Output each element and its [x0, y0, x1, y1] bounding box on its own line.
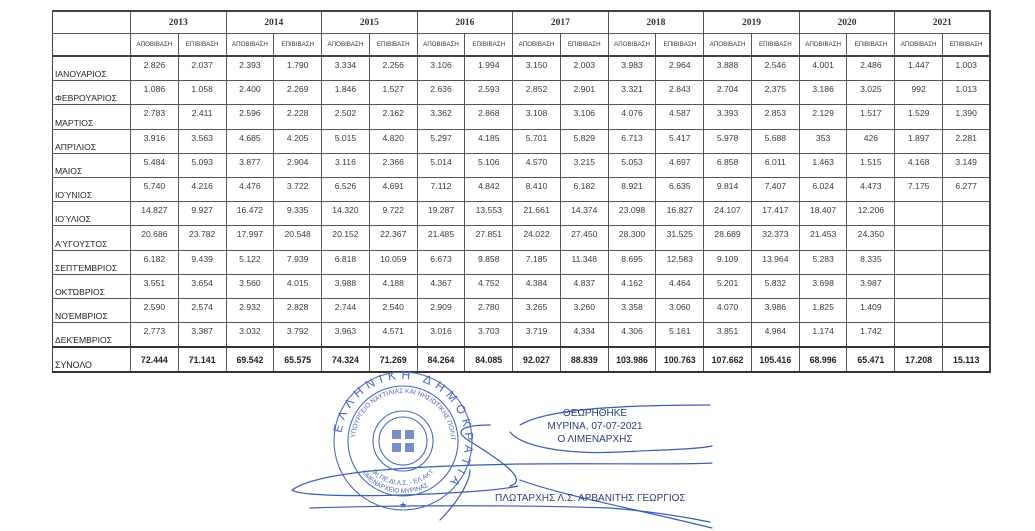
- value-cell: 4.367: [417, 274, 465, 298]
- value-cell: 2.375: [751, 81, 799, 105]
- value-cell: 1.994: [465, 56, 513, 81]
- total-cell: 84.264: [417, 347, 465, 372]
- value-cell: 4.076: [608, 105, 656, 129]
- total-cell: 15.113: [943, 347, 991, 372]
- value-cell: [943, 250, 991, 274]
- value-cell: 9.439: [178, 250, 226, 274]
- value-cell: 8.410: [513, 177, 561, 201]
- value-cell: 4.820: [369, 129, 417, 153]
- disembarkation-header: ΑΠΟΒΙΒΑΣΗ: [704, 34, 752, 57]
- value-cell: 6.277: [943, 177, 991, 201]
- value-cell: 27.851: [465, 226, 513, 250]
- total-row: ΣΥΝΟΛΟ72.44471.14169.54265.57574.32471.2…: [53, 347, 991, 372]
- value-cell: 20.686: [131, 226, 179, 250]
- embarkation-header: ΕΠΙΒΙΒΑΣΗ: [847, 34, 895, 57]
- value-cell: 4.205: [274, 129, 322, 153]
- value-cell: 24.350: [847, 226, 895, 250]
- value-cell: 353: [799, 129, 847, 153]
- value-cell: 5.283: [799, 250, 847, 274]
- value-cell: 5.201: [704, 274, 752, 298]
- value-cell: 23.782: [178, 226, 226, 250]
- value-cell: 3.025: [847, 81, 895, 105]
- value-cell: 1.058: [178, 81, 226, 105]
- value-cell: 4.473: [847, 177, 895, 201]
- month-row: ΙΑΝΟΥΑΡΙΟΣ2.8262.0372.3931.7903.3342.256…: [53, 56, 991, 81]
- value-cell: 20.152: [322, 226, 370, 250]
- value-cell: [943, 226, 991, 250]
- month-row: ΔΕΚΈΜΒΡΙΟΣ2.7733.3873.0323.7923.9634.571…: [53, 323, 991, 348]
- value-cell: 4.587: [656, 105, 704, 129]
- value-cell: 4.070: [704, 298, 752, 322]
- value-cell: 3.654: [178, 274, 226, 298]
- month-label: ΑΠΡΊΛΙΟΣ: [53, 129, 131, 153]
- value-cell: 4.752: [465, 274, 513, 298]
- value-cell: 3.265: [513, 298, 561, 322]
- value-cell: 3.722: [274, 177, 322, 201]
- month-row: ΙΟΎΝΙΟΣ5.7404.2164.4763.7226.5264.6917.1…: [53, 177, 991, 201]
- value-cell: 5.484: [131, 153, 179, 177]
- year-header: 2018: [608, 11, 704, 34]
- value-cell: 1.447: [895, 56, 943, 81]
- value-cell: 2.411: [178, 105, 226, 129]
- value-cell: 5.015: [322, 129, 370, 153]
- value-cell: 4.001: [799, 56, 847, 81]
- total-cell: 69.542: [226, 347, 274, 372]
- approval-role: Ο ΛΙΜΕΝΑΡΧΗΣ: [520, 433, 670, 446]
- value-cell: 9.722: [369, 202, 417, 226]
- total-label: ΣΥΝΟΛΟ: [53, 347, 131, 372]
- value-cell: 4.168: [895, 153, 943, 177]
- value-cell: 4.306: [608, 323, 656, 348]
- value-cell: 9.335: [274, 202, 322, 226]
- value-cell: 3.060: [656, 298, 704, 322]
- value-cell: 3.393: [704, 105, 752, 129]
- value-cell: 2.964: [656, 56, 704, 81]
- value-cell: 2.783: [131, 105, 179, 129]
- value-cell: 2.590: [131, 298, 179, 322]
- value-cell: 2.162: [369, 105, 417, 129]
- value-cell: 2.256: [369, 56, 417, 81]
- value-cell: 11.348: [560, 250, 608, 274]
- value-cell: 2.744: [322, 298, 370, 322]
- embarkation-header: ΕΠΙΒΙΒΑΣΗ: [560, 34, 608, 57]
- value-cell: 16.827: [656, 202, 704, 226]
- value-cell: 17.997: [226, 226, 274, 250]
- embarkation-header: ΕΠΙΒΙΒΑΣΗ: [369, 34, 417, 57]
- value-cell: 13.553: [465, 202, 513, 226]
- value-cell: 9.109: [704, 250, 752, 274]
- total-cell: 71.141: [178, 347, 226, 372]
- month-label: ΜΆΙΟΣ: [53, 153, 131, 177]
- value-cell: [895, 323, 943, 348]
- value-cell: 2.393: [226, 56, 274, 81]
- value-cell: 3.334: [322, 56, 370, 81]
- year-header: 2016: [417, 11, 513, 34]
- value-cell: 2.129: [799, 105, 847, 129]
- value-cell: 4.464: [656, 274, 704, 298]
- value-cell: 4.571: [369, 323, 417, 348]
- total-cell: 88.839: [560, 347, 608, 372]
- value-cell: 1.013: [943, 81, 991, 105]
- month-label: ΔΕΚΈΜΒΡΙΟΣ: [53, 323, 131, 348]
- value-cell: [895, 226, 943, 250]
- value-cell: 6.526: [322, 177, 370, 201]
- total-cell: 65.471: [847, 347, 895, 372]
- value-cell: 3.016: [417, 323, 465, 348]
- value-cell: 2.826: [131, 56, 179, 81]
- value-cell: 5.701: [513, 129, 561, 153]
- value-cell: 2.780: [465, 298, 513, 322]
- value-cell: 21.661: [513, 202, 561, 226]
- sub-header-row: ΑΠΟΒΙΒΑΣΗΕΠΙΒΙΒΑΣΗΑΠΟΒΙΒΑΣΗΕΠΙΒΙΒΑΣΗΑΠΟΒ…: [53, 34, 991, 57]
- value-cell: 23.098: [608, 202, 656, 226]
- value-cell: 8.921: [608, 177, 656, 201]
- value-cell: 5.122: [226, 250, 274, 274]
- value-cell: 6.713: [608, 129, 656, 153]
- value-cell: 16.472: [226, 202, 274, 226]
- approval-place-date: ΜΥΡΙΝΑ, 07-07-2021: [520, 420, 670, 433]
- value-cell: 2.596: [226, 105, 274, 129]
- value-cell: 2.574: [178, 298, 226, 322]
- value-cell: 4.964: [751, 323, 799, 348]
- value-cell: [895, 274, 943, 298]
- value-cell: 4.188: [369, 274, 417, 298]
- value-cell: 9.927: [178, 202, 226, 226]
- value-cell: 1.390: [943, 105, 991, 129]
- value-cell: 24.107: [704, 202, 752, 226]
- year-header: 2013: [131, 11, 227, 34]
- value-cell: 3.963: [322, 323, 370, 348]
- value-cell: 2.037: [178, 56, 226, 81]
- value-cell: 1.174: [799, 323, 847, 348]
- value-cell: 4.162: [608, 274, 656, 298]
- official-stamp: ΕΛΛΗΝΙΚΗ ΔΗΜΟΚΡΑΤΙΑ ΥΠΟΥΡΓΕΙΟ ΝΑΥΤΙΛΙΑΣ …: [332, 370, 474, 512]
- value-cell: 3.983: [608, 56, 656, 81]
- value-cell: 21.453: [799, 226, 847, 250]
- value-cell: 3.986: [751, 298, 799, 322]
- value-cell: 1.790: [274, 56, 322, 81]
- value-cell: 28.689: [704, 226, 752, 250]
- value-cell: 3.186: [799, 81, 847, 105]
- month-row: ΝΟΈΜΒΡΙΟΣ2.5902.5742.9322.8282.7442.5402…: [53, 298, 991, 322]
- year-header-row: 201320142015201620172018201920202021: [53, 11, 991, 34]
- value-cell: 4.015: [274, 274, 322, 298]
- value-cell: 1.086: [131, 81, 179, 105]
- value-cell: 19.287: [417, 202, 465, 226]
- value-cell: 4.691: [369, 177, 417, 201]
- value-cell: 3.321: [608, 81, 656, 105]
- value-cell: 7.185: [513, 250, 561, 274]
- value-cell: 2.932: [226, 298, 274, 322]
- value-cell: 21.485: [417, 226, 465, 250]
- total-cell: 17.208: [895, 347, 943, 372]
- value-cell: 24.022: [513, 226, 561, 250]
- disembarkation-header: ΑΠΟΒΙΒΑΣΗ: [799, 34, 847, 57]
- value-cell: 5.161: [656, 323, 704, 348]
- value-cell: 3.987: [847, 274, 895, 298]
- value-cell: 1.003: [943, 56, 991, 81]
- approval-block: ΘΕΩΡΗΘΗΚΕ ΜΥΡΙΝΑ, 07-07-2021 Ο ΛΙΜΕΝΑΡΧΗ…: [520, 407, 670, 446]
- value-cell: 22.367: [369, 226, 417, 250]
- corner-cell: [53, 11, 131, 34]
- value-cell: 9.858: [465, 250, 513, 274]
- value-cell: 3.106: [560, 105, 608, 129]
- value-cell: 4.185: [465, 129, 513, 153]
- value-cell: 3.358: [608, 298, 656, 322]
- value-cell: 3.560: [226, 274, 274, 298]
- signer-name: ΠΛΩΤΑΡΧΗΣ Λ.Σ. ΑΡΒΑΝΙΤΗΣ ΓΕΩΡΓΙΟΣ: [495, 493, 686, 504]
- total-cell: 107.662: [704, 347, 752, 372]
- value-cell: 2.593: [465, 81, 513, 105]
- value-cell: 7.112: [417, 177, 465, 201]
- value-cell: [895, 250, 943, 274]
- month-label: ΙΟΎΛΙΟΣ: [53, 202, 131, 226]
- value-cell: [943, 202, 991, 226]
- value-cell: 3.563: [178, 129, 226, 153]
- disembarkation-header: ΑΠΟΒΙΒΑΣΗ: [322, 34, 370, 57]
- value-cell: 1.897: [895, 129, 943, 153]
- month-label: ΟΚΤΏΒΡΙΟΣ: [53, 274, 131, 298]
- value-cell: 3.032: [226, 323, 274, 348]
- value-cell: 3.260: [560, 298, 608, 322]
- disembarkation-header: ΑΠΟΒΙΒΑΣΗ: [513, 34, 561, 57]
- embarkation-header: ΕΠΙΒΙΒΑΣΗ: [751, 34, 799, 57]
- total-cell: 72.444: [131, 347, 179, 372]
- value-cell: 3.916: [131, 129, 179, 153]
- value-cell: 4.384: [513, 274, 561, 298]
- month-label: ΙΟΎΝΙΟΣ: [53, 177, 131, 201]
- month-label: ΣΕΠΤΈΜΒΡΙΟΣ: [53, 250, 131, 274]
- value-cell: 31.525: [656, 226, 704, 250]
- year-header: 2017: [513, 11, 609, 34]
- month-row: ΣΕΠΤΈΜΒΡΙΟΣ6.1829.4395.1227.9396.81810.0…: [53, 250, 991, 274]
- value-cell: 32.373: [751, 226, 799, 250]
- value-cell: 7.939: [274, 250, 322, 274]
- value-cell: 5.688: [751, 129, 799, 153]
- value-cell: 3.888: [704, 56, 752, 81]
- year-header: 2021: [895, 11, 991, 34]
- value-cell: 1.825: [799, 298, 847, 322]
- value-cell: 1.527: [369, 81, 417, 105]
- value-cell: 3.387: [178, 323, 226, 348]
- disembarkation-header: ΑΠΟΒΙΒΑΣΗ: [608, 34, 656, 57]
- value-cell: 4.685: [226, 129, 274, 153]
- value-cell: 5.417: [656, 129, 704, 153]
- embarkation-header: ΕΠΙΒΙΒΑΣΗ: [274, 34, 322, 57]
- disembarkation-header: ΑΠΟΒΙΒΑΣΗ: [417, 34, 465, 57]
- value-cell: 992: [895, 81, 943, 105]
- value-cell: 1.742: [847, 323, 895, 348]
- value-cell: 1.846: [322, 81, 370, 105]
- month-label: ΝΟΈΜΒΡΙΟΣ: [53, 298, 131, 322]
- month-label: ΙΑΝΟΥΑΡΙΟΣ: [53, 56, 131, 81]
- value-cell: 10.059: [369, 250, 417, 274]
- total-cell: 105.416: [751, 347, 799, 372]
- value-cell: [895, 202, 943, 226]
- value-cell: 1.409: [847, 298, 895, 322]
- embarkation-header: ΕΠΙΒΙΒΑΣΗ: [943, 34, 991, 57]
- value-cell: 2.901: [560, 81, 608, 105]
- coat-of-arms-icon: [390, 428, 416, 454]
- value-cell: [943, 274, 991, 298]
- total-cell: 92.027: [513, 347, 561, 372]
- month-row: ΙΟΎΛΙΟΣ14.8279.92716.4729.33514.3209.722…: [53, 202, 991, 226]
- value-cell: 4.476: [226, 177, 274, 201]
- value-cell: 4.334: [560, 323, 608, 348]
- month-label: ΜΆΡΤΙΟΣ: [53, 105, 131, 129]
- value-cell: 6.024: [799, 177, 847, 201]
- value-cell: 2.843: [656, 81, 704, 105]
- total-cell: 74.324: [322, 347, 370, 372]
- value-cell: 3.149: [943, 153, 991, 177]
- value-cell: 3.108: [513, 105, 561, 129]
- value-cell: 3.792: [274, 323, 322, 348]
- value-cell: 5.053: [608, 153, 656, 177]
- value-cell: 6.858: [704, 153, 752, 177]
- value-cell: 9.814: [704, 177, 752, 201]
- year-header: 2020: [799, 11, 895, 34]
- value-cell: 2.502: [322, 105, 370, 129]
- value-cell: 12.206: [847, 202, 895, 226]
- value-cell: 14.827: [131, 202, 179, 226]
- value-cell: 4.697: [656, 153, 704, 177]
- total-cell: 103.986: [608, 347, 656, 372]
- value-cell: 6.673: [417, 250, 465, 274]
- value-cell: 5.829: [560, 129, 608, 153]
- value-cell: 2.400: [226, 81, 274, 105]
- embarkation-header: ΕΠΙΒΙΒΑΣΗ: [656, 34, 704, 57]
- value-cell: 12.583: [656, 250, 704, 274]
- value-cell: 1.515: [847, 153, 895, 177]
- disembarkation-header: ΑΠΟΒΙΒΑΣΗ: [895, 34, 943, 57]
- value-cell: 4.837: [560, 274, 608, 298]
- value-cell: 2.546: [751, 56, 799, 81]
- month-label: ΑΎΓΟΥΣΤΟΣ: [53, 226, 131, 250]
- value-cell: 28.300: [608, 226, 656, 250]
- value-cell: 6.011: [751, 153, 799, 177]
- value-cell: 3.150: [513, 56, 561, 81]
- total-cell: 71.269: [369, 347, 417, 372]
- value-cell: 426: [847, 129, 895, 153]
- value-cell: 3.719: [513, 323, 561, 348]
- value-cell: 8.335: [847, 250, 895, 274]
- value-cell: 18.407: [799, 202, 847, 226]
- value-cell: 2.828: [274, 298, 322, 322]
- month-row: ΦΕΒΡΟΥΆΡΙΟΣ1.0861.0582.4002.2691.8461.52…: [53, 81, 991, 105]
- value-cell: 3.551: [131, 274, 179, 298]
- value-cell: 3.988: [322, 274, 370, 298]
- value-cell: 8.695: [608, 250, 656, 274]
- value-cell: 1.517: [847, 105, 895, 129]
- value-cell: 2.852: [513, 81, 561, 105]
- value-cell: 4.216: [178, 177, 226, 201]
- month-row: ΜΆΙΟΣ5.4845.0933.8772.9043.1162.3665.014…: [53, 153, 991, 177]
- value-cell: 2.486: [847, 56, 895, 81]
- month-row: ΑΠΡΊΛΙΟΣ3.9163.5634.6854.2055.0154.8205.…: [53, 129, 991, 153]
- embarkation-header: ΕΠΙΒΙΒΑΣΗ: [178, 34, 226, 57]
- value-cell: 6.182: [131, 250, 179, 274]
- value-cell: 20.548: [274, 226, 322, 250]
- value-cell: 2.003: [560, 56, 608, 81]
- value-cell: 7.175: [895, 177, 943, 201]
- value-cell: 2.269: [274, 81, 322, 105]
- value-cell: 5.297: [417, 129, 465, 153]
- value-cell: 2.636: [417, 81, 465, 105]
- value-cell: 17.417: [751, 202, 799, 226]
- month-row: ΑΎΓΟΥΣΤΟΣ20.68623.78217.99720.54820.1522…: [53, 226, 991, 250]
- value-cell: [943, 298, 991, 322]
- month-label: ΦΕΒΡΟΥΆΡΙΟΣ: [53, 81, 131, 105]
- value-cell: 3.116: [322, 153, 370, 177]
- month-row: ΟΚΤΏΒΡΙΟΣ3.5513.6543.5604.0153.9884.1884…: [53, 274, 991, 298]
- value-cell: 4.570: [513, 153, 561, 177]
- value-cell: 5.014: [417, 153, 465, 177]
- value-cell: 3.106: [417, 56, 465, 81]
- value-cell: 2.773: [131, 323, 179, 348]
- total-cell: 84.085: [465, 347, 513, 372]
- corner-cell: [53, 34, 131, 57]
- value-cell: 7.407: [751, 177, 799, 201]
- total-cell: 100.763: [656, 347, 704, 372]
- value-cell: 6.182: [560, 177, 608, 201]
- value-cell: 2.228: [274, 105, 322, 129]
- value-cell: 2.853: [751, 105, 799, 129]
- value-cell: 5.832: [751, 274, 799, 298]
- value-cell: 6.635: [656, 177, 704, 201]
- total-cell: 65.575: [274, 347, 322, 372]
- value-cell: 2.868: [465, 105, 513, 129]
- disembarkation-header: ΑΠΟΒΙΒΑΣΗ: [131, 34, 179, 57]
- value-cell: 6.818: [322, 250, 370, 274]
- value-cell: 2.909: [417, 298, 465, 322]
- passenger-statistics-table: 201320142015201620172018201920202021 ΑΠΟ…: [52, 10, 991, 373]
- value-cell: 3.362: [417, 105, 465, 129]
- value-cell: 2.704: [704, 81, 752, 105]
- month-row: ΜΆΡΤΙΟΣ2.7832.4112.5962.2282.5022.1623.3…: [53, 105, 991, 129]
- value-cell: 5.093: [178, 153, 226, 177]
- value-cell: [895, 298, 943, 322]
- embarkation-header: ΕΠΙΒΙΒΑΣΗ: [465, 34, 513, 57]
- value-cell: 2.366: [369, 153, 417, 177]
- value-cell: [943, 323, 991, 348]
- value-cell: 4.842: [465, 177, 513, 201]
- year-header: 2015: [322, 11, 418, 34]
- disembarkation-header: ΑΠΟΒΙΒΑΣΗ: [226, 34, 274, 57]
- value-cell: 2.904: [274, 153, 322, 177]
- value-cell: 3.851: [704, 323, 752, 348]
- year-header: 2019: [704, 11, 800, 34]
- value-cell: 3.703: [465, 323, 513, 348]
- value-cell: 13.964: [751, 250, 799, 274]
- total-cell: 68.996: [799, 347, 847, 372]
- value-cell: 14.320: [322, 202, 370, 226]
- value-cell: 5.978: [704, 129, 752, 153]
- approval-title: ΘΕΩΡΗΘΗΚΕ: [520, 407, 670, 420]
- value-cell: 3.215: [560, 153, 608, 177]
- value-cell: 3.877: [226, 153, 274, 177]
- value-cell: 5.740: [131, 177, 179, 201]
- value-cell: 5.106: [465, 153, 513, 177]
- value-cell: 14.374: [560, 202, 608, 226]
- value-cell: 2.540: [369, 298, 417, 322]
- year-header: 2014: [226, 11, 322, 34]
- value-cell: 1.463: [799, 153, 847, 177]
- value-cell: 27.450: [560, 226, 608, 250]
- value-cell: 3.698: [799, 274, 847, 298]
- value-cell: 1.529: [895, 105, 943, 129]
- value-cell: 2.281: [943, 129, 991, 153]
- star-icon: ★: [399, 500, 407, 510]
